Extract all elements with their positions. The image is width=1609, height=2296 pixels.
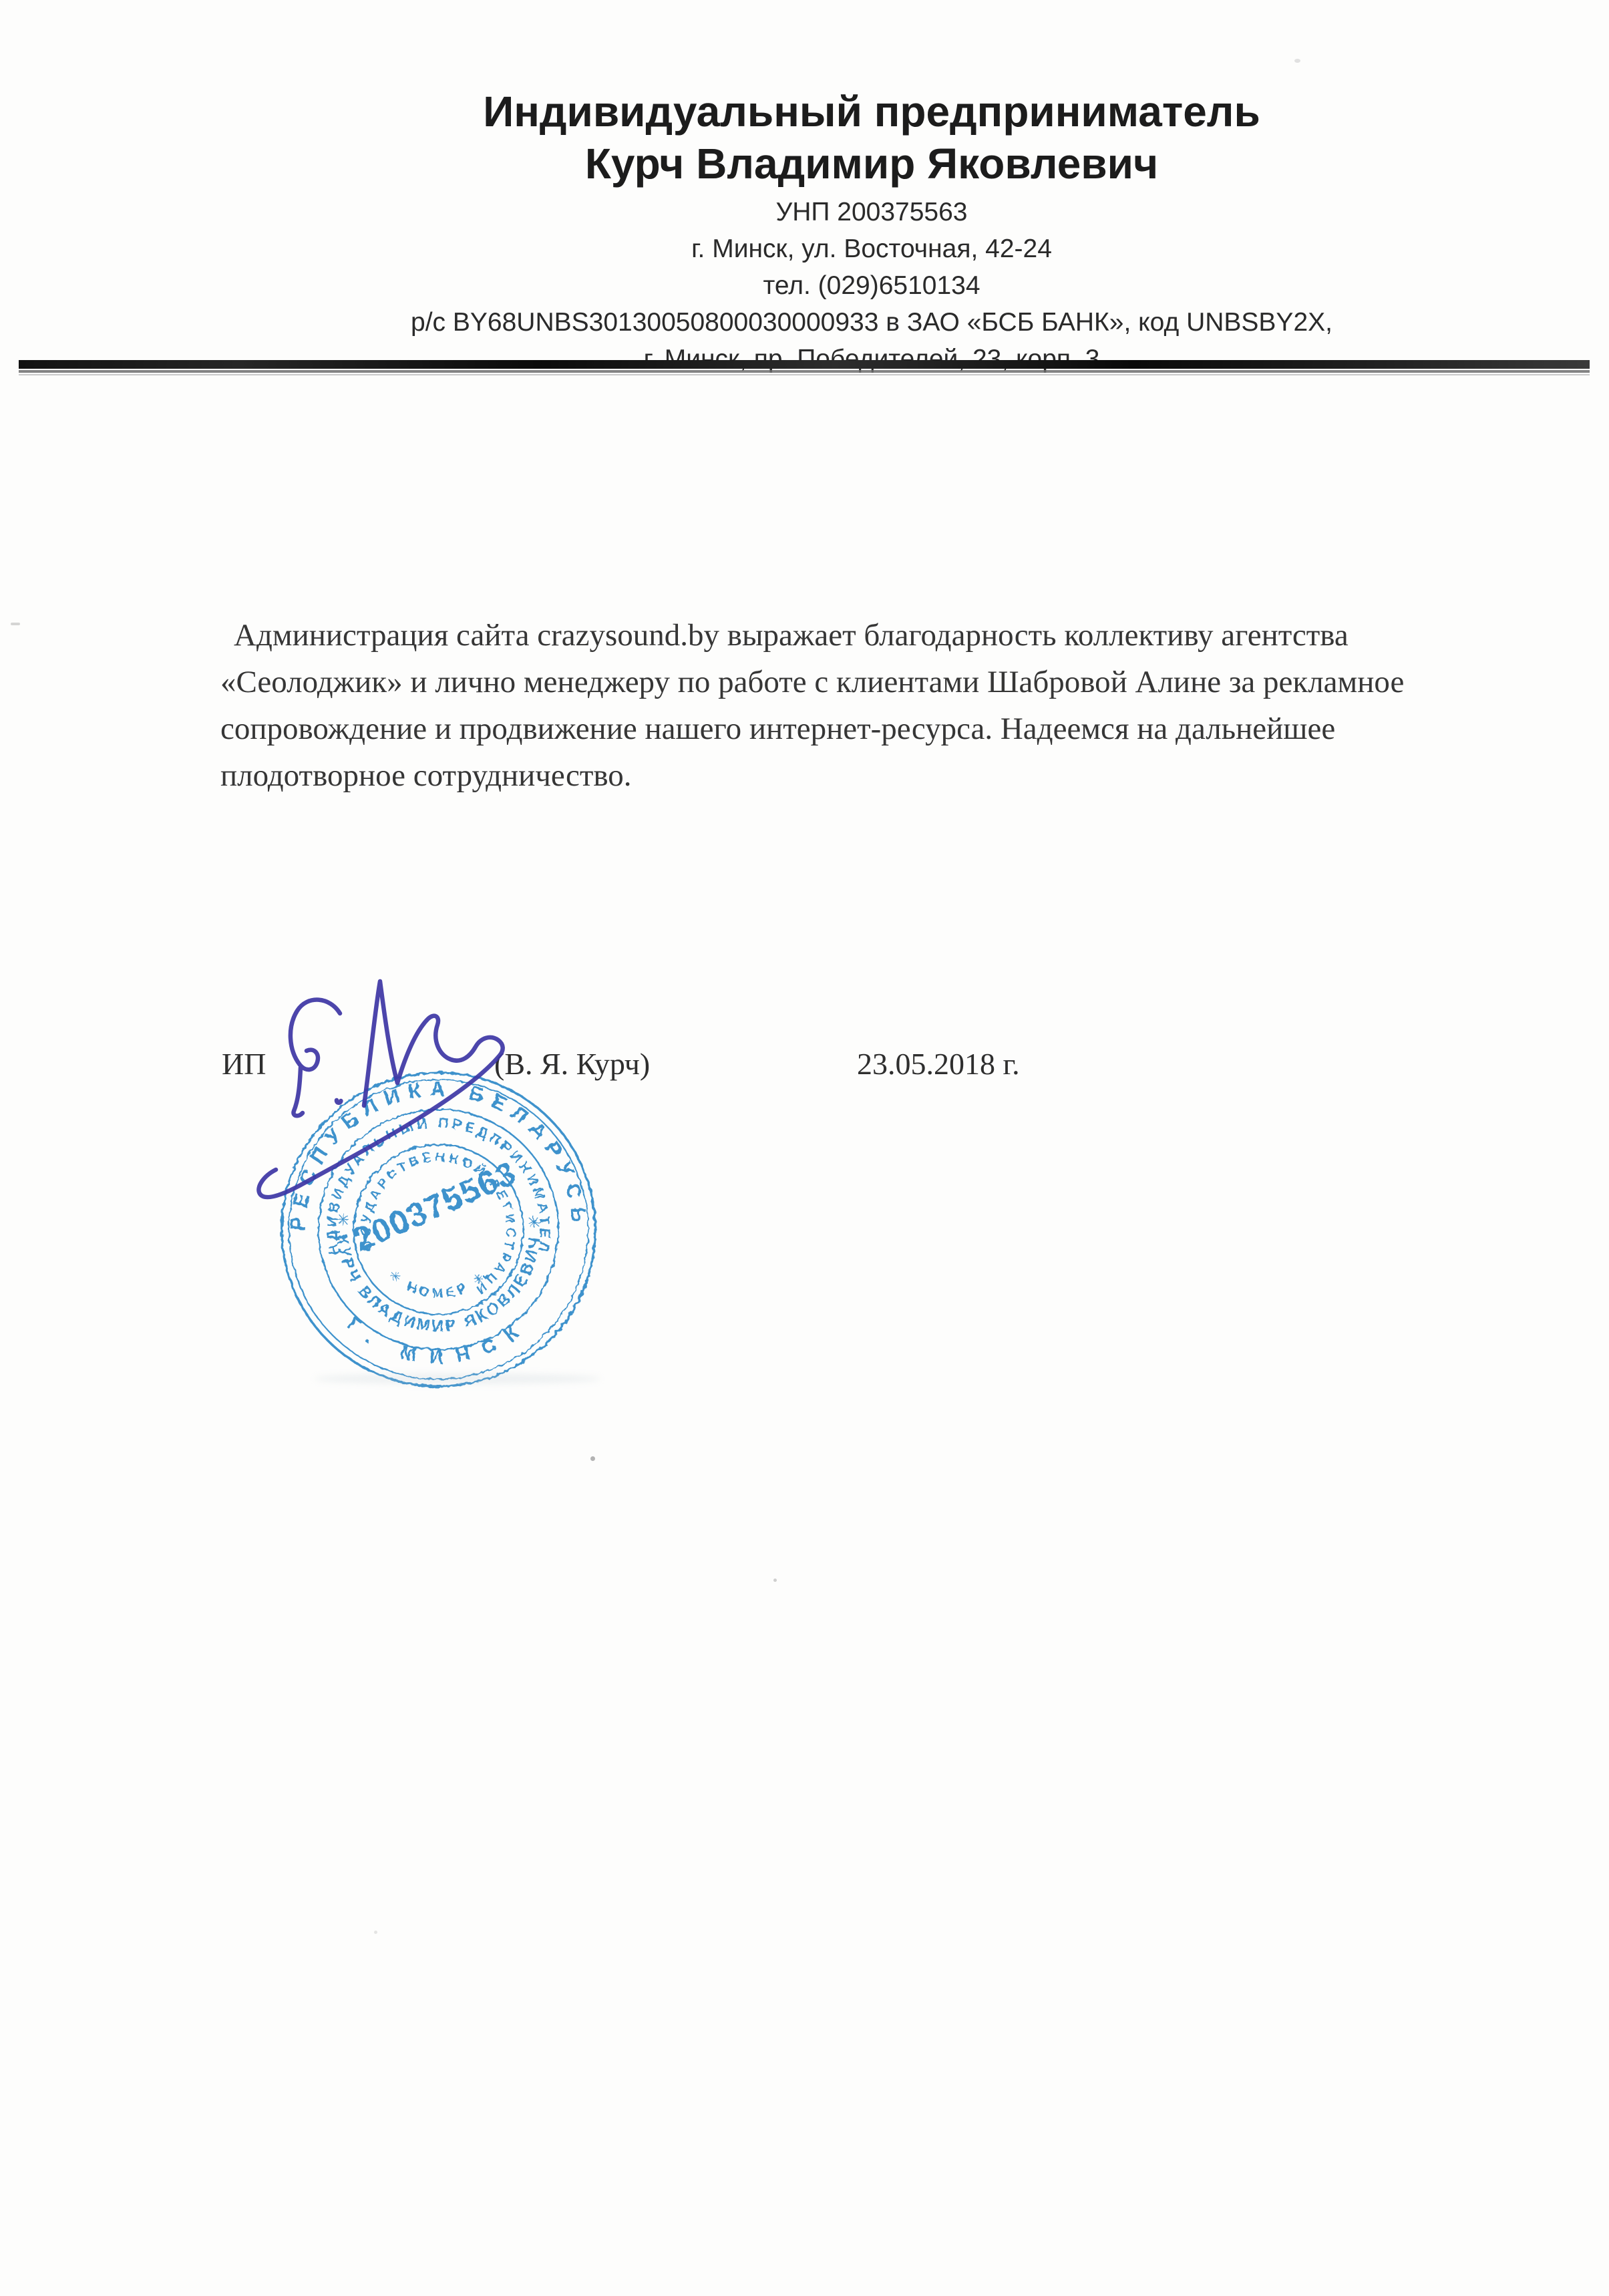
scan-speck bbox=[1294, 59, 1300, 63]
body-line: плодотворное сотрудничество. bbox=[220, 752, 1550, 799]
scan-speck bbox=[11, 623, 20, 625]
letterhead-address: г. Минск, ул. Восточная, 42-24 bbox=[134, 230, 1609, 267]
svg-text:✳ НОМЕР ✳: ✳ НОМЕР ✳ bbox=[386, 1268, 490, 1301]
letter-body: Администрация сайта crazysound.by выража… bbox=[220, 612, 1550, 799]
scan-speck bbox=[374, 1931, 377, 1934]
body-line: Администрация сайта crazysound.by выража… bbox=[220, 612, 1550, 659]
stamp-band3-bottom-text: ✳ НОМЕР ✳ bbox=[386, 1268, 490, 1301]
letter-date: 23.05.2018 г. bbox=[857, 1046, 1020, 1082]
header-divider-line bbox=[19, 360, 1590, 369]
header-divider-line-faint bbox=[19, 374, 1590, 375]
letterhead-details: УНП 200375563 г. Минск, ул. Восточная, 4… bbox=[134, 194, 1609, 377]
handwritten-signature bbox=[220, 955, 541, 1222]
scanned-letter-page: Индивидуальный предприниматель Курч Влад… bbox=[0, 0, 1609, 2296]
signature-stroke-spike bbox=[364, 981, 397, 1106]
body-line: «Сеолоджик» и лично менеджеру по работе … bbox=[220, 659, 1550, 705]
letterhead-unp: УНП 200375563 bbox=[134, 194, 1609, 230]
letterhead-bank-account: р/с BY68UNBS30130050800030000933 в ЗАО «… bbox=[134, 304, 1609, 341]
signature-stroke-b-descender bbox=[293, 1068, 303, 1116]
scan-speck bbox=[773, 1579, 777, 1582]
signature-dot bbox=[337, 1100, 341, 1103]
signature-stroke-b-loop bbox=[291, 1000, 340, 1070]
scan-speck bbox=[590, 1456, 595, 1461]
header-divider-line-shadow bbox=[19, 370, 1590, 373]
letterhead-title-line2: Курч Владимир Яковлевич bbox=[134, 138, 1609, 190]
letterhead: Индивидуальный предприниматель Курч Влад… bbox=[134, 86, 1609, 377]
scan-smudge bbox=[314, 1373, 601, 1384]
letterhead-phone: тел. (029)6510134 bbox=[134, 267, 1609, 304]
letterhead-title-line1: Индивидуальный предприниматель bbox=[134, 86, 1609, 138]
body-line: сопровождение и продвижение нашего интер… bbox=[220, 705, 1550, 752]
